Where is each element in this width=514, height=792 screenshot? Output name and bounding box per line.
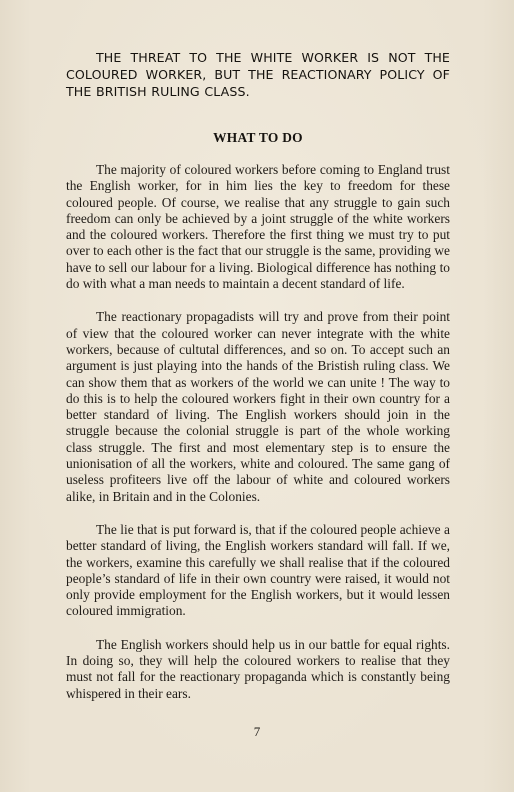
paragraph-3: The lie that is put forward is, that if … <box>66 522 450 620</box>
page-body: THE THREAT TO THE WHITE WORKER IS NOT TH… <box>66 49 450 719</box>
paragraph-1: The majority of coloured workers before … <box>66 162 450 292</box>
paragraph-2: The reactionary propagadists will try an… <box>66 309 450 505</box>
paragraph-4: The English workers should help us in ou… <box>66 637 450 702</box>
page-number: 7 <box>0 724 514 740</box>
headline: THE THREAT TO THE WHITE WORKER IS NOT TH… <box>66 49 450 100</box>
section-title: WHAT TO DO <box>66 130 450 146</box>
